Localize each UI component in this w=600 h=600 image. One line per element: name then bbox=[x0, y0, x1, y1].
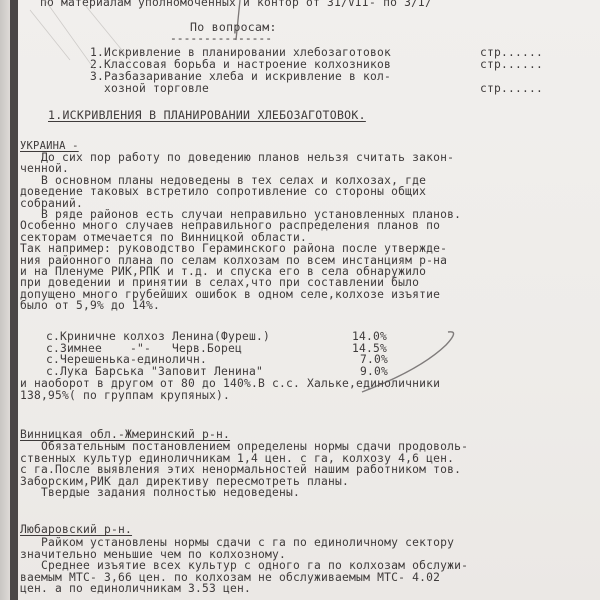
paragraph-line: цен. а по единоличникам 3.53 цен. bbox=[20, 583, 251, 595]
paragraph-line: 138,95%( по группам крупяных). bbox=[20, 390, 230, 402]
toc-item: хозной торговле bbox=[90, 83, 209, 95]
paragraph-line: Твердые задания полностью недоведены. bbox=[20, 487, 300, 499]
paragraph-line: было от 5,9% до 14%. bbox=[20, 300, 160, 312]
toc-item-text: хозной торговле bbox=[90, 82, 209, 95]
region-lyubar: Любаровский р-н. bbox=[20, 524, 132, 536]
section-heading: 1.ИСКРИВЛЕНИЯ В ПЛАНИРОВАНИИ ХЛЕБОЗАГОТО… bbox=[48, 109, 366, 121]
toc-page-ref: стр...... bbox=[480, 83, 543, 95]
table-row-value: 9.0% bbox=[360, 366, 388, 378]
paragraph-line: До сих пор работу по доведению планов не… bbox=[20, 152, 454, 164]
document-page: по материалам уполномоченных и контор от… bbox=[0, 0, 600, 600]
top-line: по материалам уполномоченных и контор от… bbox=[40, 0, 432, 9]
toc-rule: --------------- bbox=[170, 33, 272, 45]
binding-strip bbox=[10, 0, 18, 600]
table-row-name: с.Лука Барська "Заповит Ленина" bbox=[46, 366, 263, 378]
toc-page-ref: стр...... bbox=[480, 59, 543, 71]
binding-edge bbox=[0, 0, 10, 600]
